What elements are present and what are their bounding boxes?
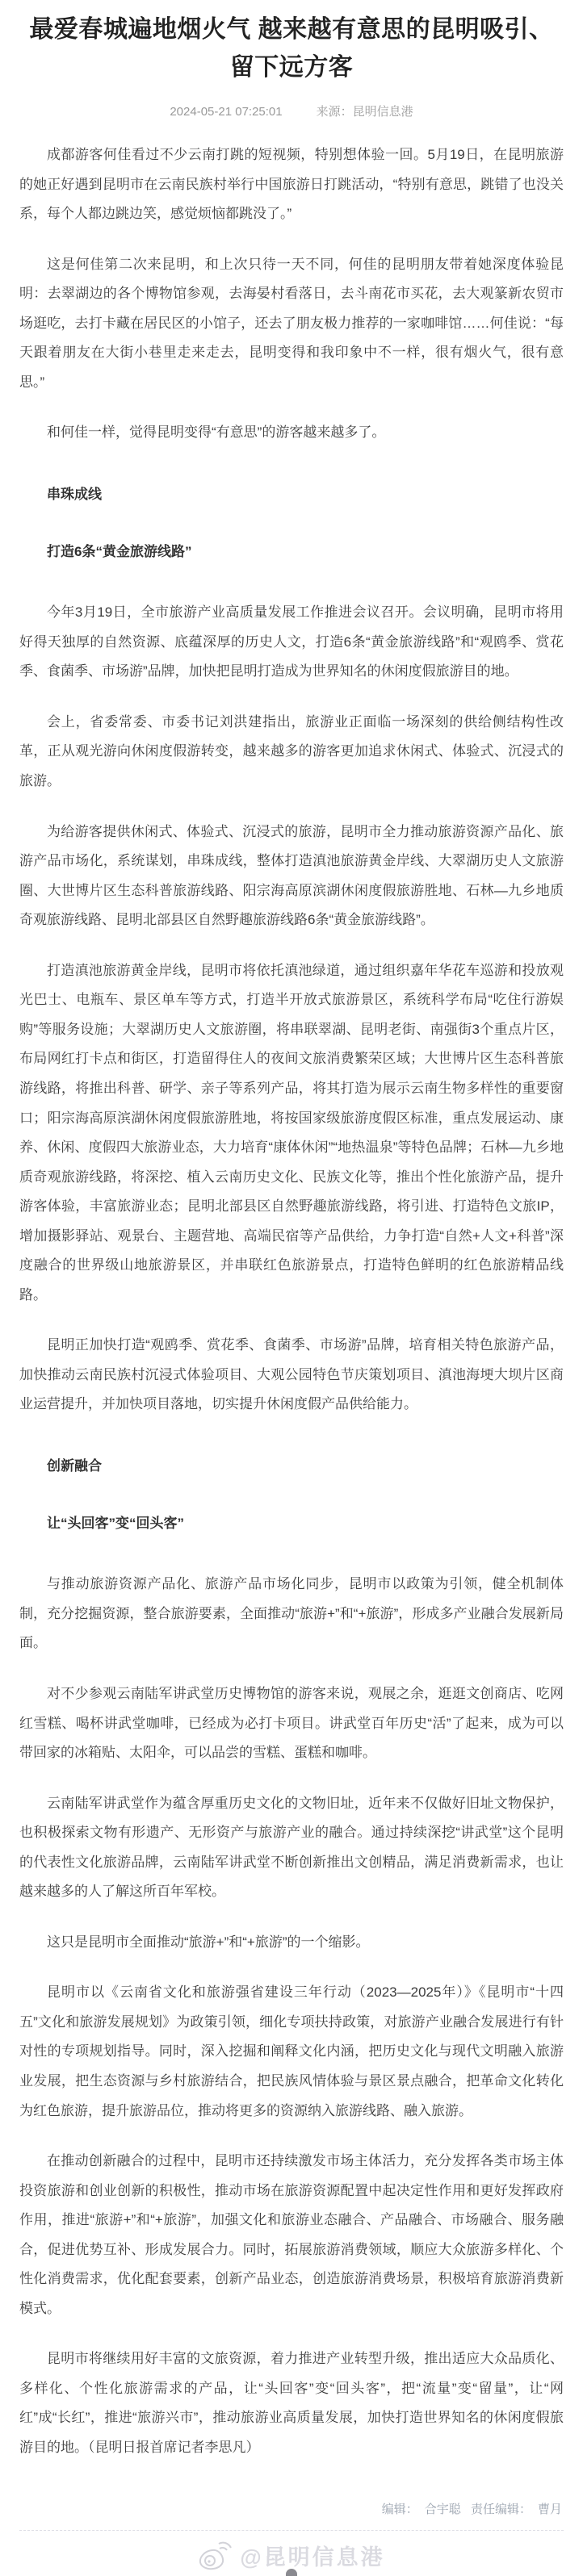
editor-line: 编辑：合宇聪 责任编辑：曹月	[19, 2500, 564, 2517]
paragraph: 会上，省委常委、市委书记刘洪建指出，旅游业正面临一场深刻的供给侧结构性改革，正从…	[19, 708, 564, 797]
paragraph: 今年3月19日，全市旅游产业高质量发展工作推进会议召开。会议明确，昆明市将用好得…	[19, 598, 564, 687]
section-heading: 让“头回客”变“回头客”	[19, 1512, 564, 1534]
paragraph: 在推动创新融合的过程中，昆明市还持续激发市场主体活力，充分发挥各类市场主体投资旅…	[19, 2147, 564, 2323]
publish-date: 2024-05-21 07:25:01	[170, 105, 282, 119]
article-title: 最爱春城遍地烟火气 越来越有意思的昆明吸引、留下远方客	[19, 11, 564, 86]
paragraph: 为给游客提供休闲式、体验式、沉浸式的旅游，昆明市全力推动旅游资源产品化、旅游产品…	[19, 818, 564, 935]
article-page: 最爱春城遍地烟火气 越来越有意思的昆明吸引、留下远方客 2024-05-21 0…	[0, 0, 583, 2574]
dashed-divider	[19, 2530, 564, 2531]
section-heading: 串珠成线	[19, 483, 564, 505]
chief-editor-label: 责任编辑：	[471, 2503, 531, 2516]
paragraph: 与推动旅游资源产品化、旅游产品市场化同步，昆明市以政策为引领，健全机制体制，充分…	[19, 1570, 564, 1658]
paragraph: 云南陆军讲武堂作为蕴含厚重历史文化的文物旧址，近年来不仅做好旧址文物保护，也积极…	[19, 1789, 564, 1907]
paragraph: 昆明市以《云南省文化和旅游强省建设三年行动（2023—2025年）》《昆明市“十…	[19, 1978, 564, 2126]
paragraph: 昆明正加快打造“观鸥季、赏花季、食菌季、市场游”品牌，培育相关特色旅游产品，加快…	[19, 1331, 564, 1420]
source-label: 来源：	[317, 105, 353, 119]
article-body: 成都游客何佳看过不少云南打跳的短视频，特别想体验一回。5月19日，在昆明旅游的她…	[19, 140, 564, 2463]
editor-name: 合宇聪	[425, 2503, 461, 2516]
article-meta: 2024-05-21 07:25:01来源：昆明信息港	[19, 102, 564, 119]
source-name: 昆明信息港	[353, 105, 413, 119]
paragraph: 这是何佳第二次来昆明，和上次只待一天不同，何佳的昆明朋友带着她深度体验昆明：去翠…	[19, 250, 564, 398]
paragraph: 昆明市将继续用好丰富的文旅资源，着力推进产业转型升级，推出适应大众品质化、多样化…	[19, 2344, 564, 2462]
paragraph: 对不少参观云南陆军讲武堂历史博物馆的游客来说，观展之余，逛逛文创商店、吃网红雪糕…	[19, 1679, 564, 1768]
section-heading: 打造6条“黄金旅游线路”	[19, 541, 564, 562]
paragraph: 成都游客何佳看过不少云南打跳的短视频，特别想体验一回。5月19日，在昆明旅游的她…	[19, 140, 564, 229]
paragraph: 打造滇池旅游黄金岸线，昆明市将依托滇池绿道，通过组织嘉年华花车巡游和投放观光巴士…	[19, 956, 564, 1311]
bottom-cropped-watermark-blob	[286, 2569, 297, 2576]
chief-editor-name: 曹月	[538, 2503, 562, 2516]
weibo-icon	[198, 2540, 232, 2571]
watermark: @昆明信息港	[19, 2537, 564, 2574]
section-heading: 创新融合	[19, 1455, 564, 1477]
source-line: 来源：昆明信息港	[317, 105, 413, 119]
watermark-text: @昆明信息港	[240, 2540, 384, 2571]
paragraph: 这只是昆明市全面推动“旅游+”和“+旅游”的一个缩影。	[19, 1928, 564, 1958]
editor-label: 编辑：	[382, 2503, 418, 2516]
paragraph: 和何佳一样，觉得昆明变得“有意思”的游客越来越多了。	[19, 418, 564, 448]
